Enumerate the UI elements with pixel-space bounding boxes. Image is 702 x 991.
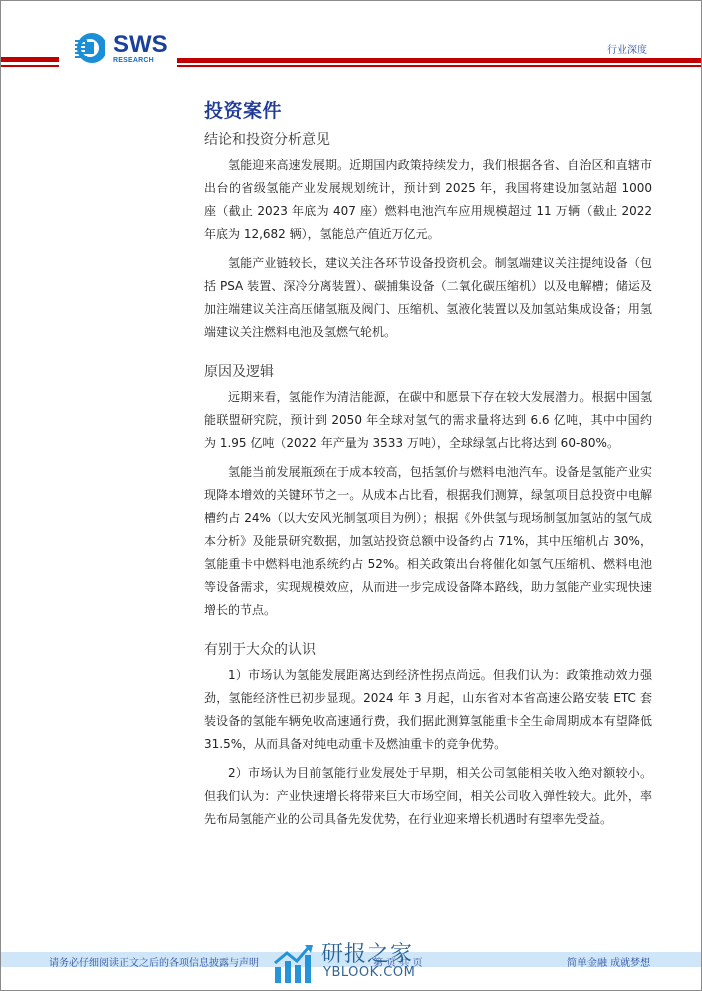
section-heading: 有别于大众的认识	[204, 640, 652, 660]
sws-logo: SWS RESEARCH	[75, 31, 165, 65]
watermark-cn-text: 研报之家	[321, 937, 413, 968]
watermark-en-text: YBLOOK.COM	[323, 965, 415, 980]
chart-growth-icon	[273, 943, 313, 983]
header-rule-right	[177, 58, 701, 63]
section-reasons: 原因及逻辑 远期来看，氢能作为清洁能源，在碳中和愿景下存在较大发展潜力。根据中国…	[204, 362, 652, 622]
header-rule-right-thin	[177, 65, 701, 67]
footer-slogan: 简单金融 成就梦想	[567, 954, 650, 969]
section-conclusion: 结论和投资分析意见 氢能迎来高速发展期。近期国内政策持续发力，我们根据各省、自治…	[204, 130, 652, 344]
header-rule-left	[1, 57, 59, 62]
paragraph: 1）市场认为氢能发展距离达到经济性拐点尚远。但我们认为：政策推动效力强劲，氢能经…	[204, 664, 652, 756]
logo-subtext: RESEARCH	[113, 57, 154, 64]
main-content: 投资案件 结论和投资分析意见 氢能迎来高速发展期。近期国内政策持续发力，我们根据…	[204, 99, 652, 831]
section-heading: 原因及逻辑	[204, 362, 652, 382]
watermark: 研报之家 YBLOOK.COM	[273, 941, 443, 991]
report-type-label: 行业深度	[607, 41, 647, 56]
paragraph: 氢能产业链较长，建议关注各环节设备投资机会。制氢端建议关注提纯设备（包括 PSA…	[204, 252, 652, 344]
paragraph: 氢能迎来高速发展期。近期国内政策持续发力，我们根据各省、自治区和直辖市出台的省级…	[204, 154, 652, 246]
paragraph: 氢能当前发展瓶颈在于成本较高，包括氢价与燃料电池汽车。设备是氢能产业实现降本增效…	[204, 461, 652, 622]
footer-disclaimer: 请务必仔细阅读正文之后的各项信息披露与声明	[49, 954, 259, 969]
page-title: 投资案件	[204, 99, 652, 123]
section-differentiated-view: 有别于大众的认识 1）市场认为氢能发展距离达到经济性拐点尚远。但我们认为：政策推…	[204, 640, 652, 831]
document-page: SWS RESEARCH 行业深度 投资案件 结论和投资分析意见 氢能迎来高速发…	[0, 0, 702, 991]
logo-wordmark: SWS	[113, 33, 168, 57]
section-heading: 结论和投资分析意见	[204, 130, 652, 150]
paragraph: 远期来看，氢能作为清洁能源，在碳中和愿景下存在较大发展潜力。根据中国氢能联盟研究…	[204, 386, 652, 455]
paragraph: 2）市场认为目前氢能行业发展处于早期，相关公司氢能相关收入绝对额较小。但我们认为…	[204, 762, 652, 831]
sws-logo-icon	[75, 31, 105, 65]
header-rule-left-thin	[1, 65, 59, 67]
